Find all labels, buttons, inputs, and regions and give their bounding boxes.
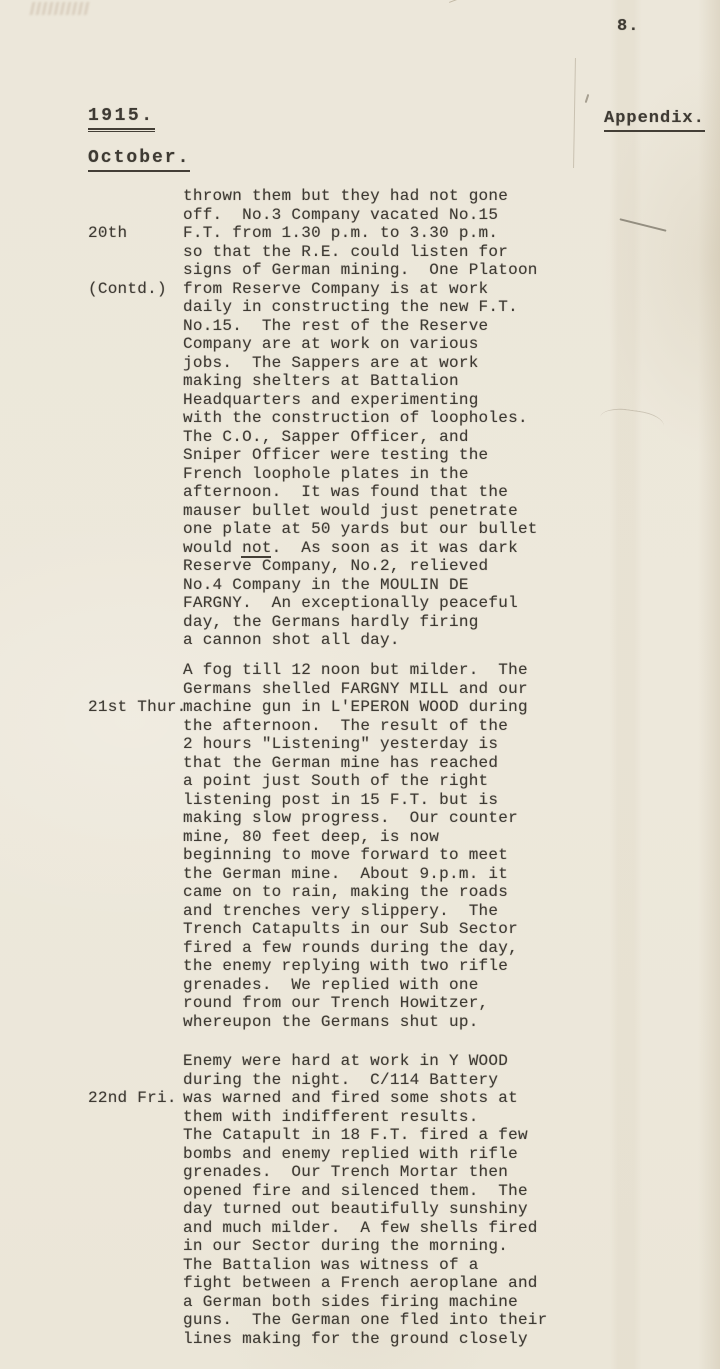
text-line: and trenches very slippery. The: [183, 902, 563, 921]
document-page: 8. 1915. Appendix. October. 20th (Contd.…: [0, 0, 720, 1369]
text-line: whereupon the Germans shut up.: [183, 1013, 563, 1032]
text-line: The Battalion was witness of a: [183, 1256, 563, 1275]
entry-date: 21st Thur.: [88, 661, 184, 754]
text-line: signs of German mining. One Platoon: [183, 261, 563, 280]
text-line: the German mine. About 9.p.m. it: [183, 865, 563, 884]
text-line: a point just South of the right: [183, 772, 563, 791]
appendix-heading: Appendix.: [604, 109, 705, 132]
text-line: and much milder. A few shells fired: [183, 1219, 563, 1238]
text-line: Trench Catapults in our Sub Sector: [183, 920, 563, 939]
entry-date: 20th (Contd.): [88, 187, 184, 335]
text-line: F.T. from 1.30 p.m. to 3.30 p.m.: [183, 224, 563, 243]
entry-text: thrown them but they had not goneoff. No…: [183, 187, 563, 650]
text-line: the afternoon. The result of the: [183, 717, 563, 736]
pen-dash-mark: [619, 218, 666, 232]
text-line: opened fire and silenced them. The: [183, 1182, 563, 1201]
text-line: making shelters at Battalion: [183, 372, 563, 391]
paper-crease: [573, 58, 576, 168]
text-line: one plate at 50 yards but our bullet: [183, 520, 563, 539]
text-line: fight between a French aeroplane and: [183, 1274, 563, 1293]
text-line: A fog till 12 noon but milder. The: [183, 661, 563, 680]
text-line: Enemy were hard at work in Y WOOD: [183, 1052, 563, 1071]
corner-fold-crease: [449, 0, 524, 3]
text-line: day, the Germans hardly firing: [183, 613, 563, 632]
text-line: came on to rain, making the roads: [183, 883, 563, 902]
text-line: The C.O., Sapper Officer, and: [183, 428, 563, 447]
text-line: would not. As soon as it was dark: [183, 539, 563, 558]
stray-ink-mark: [585, 94, 590, 103]
text-line: during the night. C/114 Battery: [183, 1071, 563, 1090]
entry-date-line: (Contd.): [88, 280, 184, 299]
month-heading: October.: [88, 148, 190, 172]
text-line: was warned and fired some shots at: [183, 1089, 563, 1108]
text-line: listening post in 15 F.T. but is: [183, 791, 563, 810]
entry-date-line: 22nd Fri.: [88, 1089, 184, 1108]
text-line: Company are at work on various: [183, 335, 563, 354]
text-line: off. No.3 Company vacated No.15: [183, 206, 563, 225]
text-line: in our Sector during the morning.: [183, 1237, 563, 1256]
text-line: grenades. We replied with one: [183, 976, 563, 995]
underline-mark: [241, 556, 271, 558]
text-line: thrown them but they had not gone: [183, 187, 563, 206]
text-line: FARGNY. An exceptionally peaceful: [183, 594, 563, 613]
entry-text: A fog till 12 noon but milder. TheGerman…: [183, 661, 563, 1031]
text-line: a German both sides firing machine: [183, 1293, 563, 1312]
text-line: that the German mine has reached: [183, 754, 563, 773]
text-line: jobs. The Sappers are at work: [183, 354, 563, 373]
entry-date-line: 20th: [88, 224, 184, 243]
year-heading: 1915.: [88, 106, 155, 132]
text-line: from Reserve Company is at work: [183, 280, 563, 299]
text-line: daily in constructing the new F.T.: [183, 298, 563, 317]
page-number: 8.: [617, 17, 639, 36]
text-line: fired a few rounds during the day,: [183, 939, 563, 958]
text-line: No.4 Company in the MOULIN DE: [183, 576, 563, 595]
text-line: The Catapult in 18 F.T. fired a few: [183, 1126, 563, 1145]
text-line: making slow progress. Our counter: [183, 809, 563, 828]
text-line: 2 hours "Listening" yesterday is: [183, 735, 563, 754]
entry-text: Enemy were hard at work in Y WOODduring …: [183, 1052, 563, 1348]
text-line: round from our Trench Howitzer,: [183, 994, 563, 1013]
text-line: them with indifferent results.: [183, 1108, 563, 1127]
text-line: French loophole plates in the: [183, 465, 563, 484]
text-line: Germans shelled FARGNY MILL and our: [183, 680, 563, 699]
text-line: beginning to move forward to meet: [183, 846, 563, 865]
text-line: mine, 80 feet deep, is now: [183, 828, 563, 847]
entry-date-line: 21st Thur.: [88, 698, 184, 717]
text-line: Headquarters and experimenting: [183, 391, 563, 410]
text-line: with the construction of loopholes.: [183, 409, 563, 428]
text-line: a cannon shot all day.: [183, 631, 563, 650]
text-line: so that the R.E. could listen for: [183, 243, 563, 262]
text-line: lines making for the ground closely: [183, 1330, 563, 1349]
text-line: machine gun in L'EPERON WOOD during: [183, 698, 563, 717]
text-line: day turned out beautifully sunshiny: [183, 1200, 563, 1219]
text-line: bombs and enemy replied with rifle: [183, 1145, 563, 1164]
text-line: afternoon. It was found that the: [183, 483, 563, 502]
text-line: the enemy replying with two rifle: [183, 957, 563, 976]
faint-smudge-arc: [599, 406, 666, 438]
text-line: No.15. The rest of the Reserve: [183, 317, 563, 336]
text-line: guns. The German one fled into their: [183, 1311, 563, 1330]
faded-stamp: [30, 2, 91, 15]
text-line: Reserve Company, No.2, relieved: [183, 557, 563, 576]
entry-date: 22nd Fri.: [88, 1052, 184, 1145]
text-line: grenades. Our Trench Mortar then: [183, 1163, 563, 1182]
text-line: mauser bullet would just penetrate: [183, 502, 563, 521]
text-line: Sniper Officer were testing the: [183, 446, 563, 465]
